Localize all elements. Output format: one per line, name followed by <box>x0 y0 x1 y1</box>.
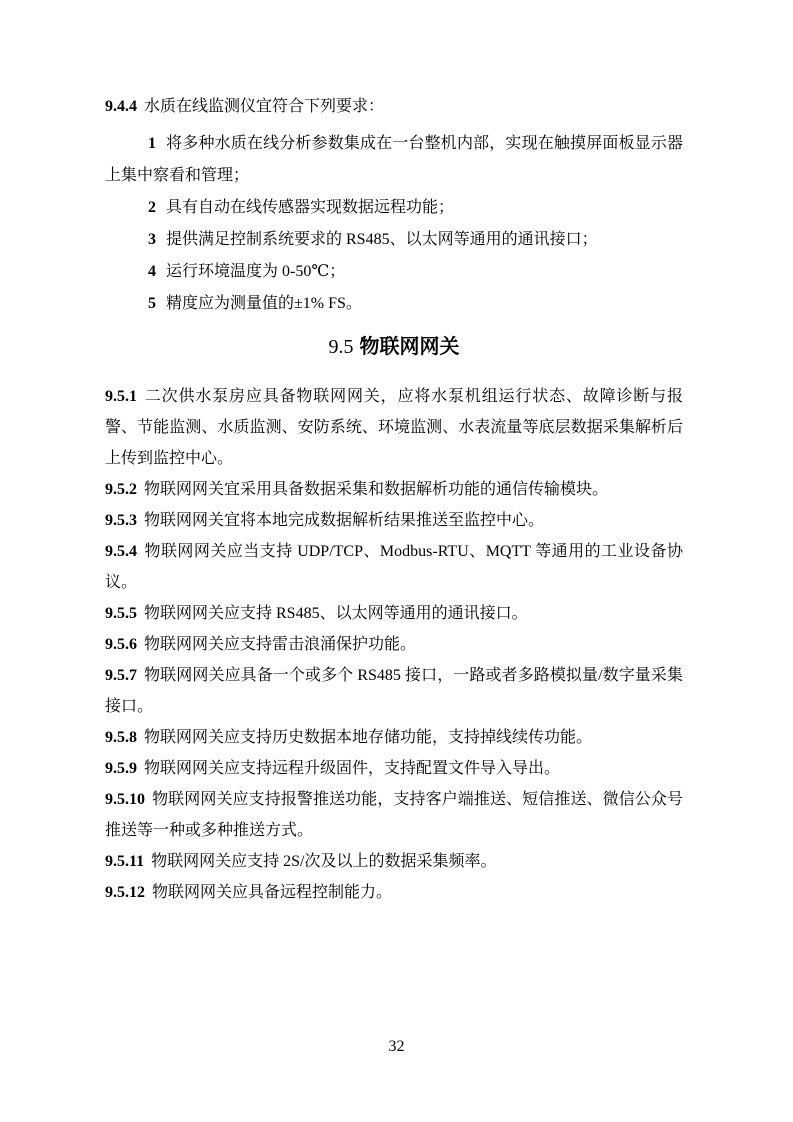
clause-9-5-10: 9.5.10物联网网关应支持报警推送功能，支持客户端推送、短信推送、微信公众号推… <box>105 784 683 846</box>
clause-9-5-4: 9.5.4物联网网关应当支持 UDP/TCP、Modbus-RTU、MQTT 等… <box>105 536 683 598</box>
clause-text: 物联网网关应支持 RS485、以太网等通用的通讯接口。 <box>144 605 528 622</box>
list-item-3: 3提供满足控制系统要求的 RS485、以太网等通用的通讯接口； <box>105 224 683 256</box>
section-9-5-body: 9.5.1二次供水泵房应具备物联网网关，应将水泵机组运行状态、故障诊断与报警、节… <box>105 381 683 908</box>
item-text: 精度应为测量值的±1% FS。 <box>166 295 362 312</box>
clause-text: 二次供水泵房应具备物联网网关，应将水泵机组运行状态、故障诊断与报警、节能监测、水… <box>105 388 683 467</box>
clause-number: 9.5.2 <box>105 481 137 498</box>
item-number: 2 <box>148 199 156 216</box>
clause-9-5-5: 9.5.5物联网网关应支持 RS485、以太网等通用的通讯接口。 <box>105 598 683 629</box>
clause-number: 9.5.9 <box>105 760 137 777</box>
item-text: 提供满足控制系统要求的 RS485、以太网等通用的通讯接口； <box>166 231 598 248</box>
clause-9-5-12: 9.5.12物联网网关应具备远程控制能力。 <box>105 877 683 908</box>
item-number: 3 <box>148 231 156 248</box>
clause-9-5-2: 9.5.2物联网网关宜采用具备数据采集和数据解析功能的通信传输模块。 <box>105 474 683 505</box>
clause-text: 物联网网关应支持 2S/次及以上的数据采集频率。 <box>151 853 496 870</box>
clause-number: 9.5.6 <box>105 636 137 653</box>
list-item-1: 1将多种水质在线分析参数集成在一台整机内部，实现在触摸屏面板显示器上集中察看和管… <box>105 128 683 192</box>
clause-text: 物联网网关宜采用具备数据采集和数据解析功能的通信传输模块。 <box>144 481 608 498</box>
list-item-5: 5精度应为测量值的±1% FS。 <box>105 288 683 320</box>
clause-9-5-3: 9.5.3物联网网关宜将本地完成数据解析结果推送至监控中心。 <box>105 505 683 536</box>
clause-text: 水质在线监测仪宜符合下列要求： <box>144 98 384 115</box>
clause-9-5-8: 9.5.8物联网网关应支持历史数据本地存储功能，支持掉线续传功能。 <box>105 722 683 753</box>
clause-text: 物联网网关应支持历史数据本地存储功能，支持掉线续传功能。 <box>144 729 592 746</box>
section-heading-title: 物联网网关 <box>360 336 460 358</box>
list-item-4: 4运行环境温度为 0-50℃； <box>105 256 683 288</box>
clause-number: 9.5.3 <box>105 512 137 529</box>
clause-9-5-1: 9.5.1二次供水泵房应具备物联网网关，应将水泵机组运行状态、故障诊断与报警、节… <box>105 381 683 474</box>
item-text: 将多种水质在线分析参数集成在一台整机内部，实现在触摸屏面板显示器上集中察看和管理… <box>105 135 683 184</box>
clause-text: 物联网网关应支持雷击浪涌保护功能。 <box>144 636 416 653</box>
clause-9-5-7: 9.5.7物联网网关应具备一个或多个 RS485 接口，一路或者多路模拟量/数字… <box>105 660 683 722</box>
clause-number: 9.5.4 <box>105 543 137 560</box>
item-number: 5 <box>148 295 156 312</box>
clause-number: 9.5.11 <box>105 853 144 870</box>
item-text: 具有自动在线传感器实现数据远程功能； <box>166 199 454 216</box>
clause-number: 9.5.5 <box>105 605 137 622</box>
clause-number: 9.5.1 <box>105 388 137 405</box>
item-number: 1 <box>148 135 156 152</box>
clause-text: 物联网网关应当支持 UDP/TCP、Modbus-RTU、MQTT 等通用的工业… <box>105 543 683 591</box>
clause-9-5-11: 9.5.11物联网网关应支持 2S/次及以上的数据采集频率。 <box>105 846 683 877</box>
section-heading-number: 9.5 <box>329 336 354 358</box>
item-number: 4 <box>148 263 156 280</box>
page-content: 9.4.4水质在线监测仪宜符合下列要求： 1将多种水质在线分析参数集成在一台整机… <box>105 91 683 908</box>
clause-text: 物联网网关应支持远程升级固件，支持配置文件导入导出。 <box>144 760 560 777</box>
clause-9-5-6: 9.5.6物联网网关应支持雷击浪涌保护功能。 <box>105 629 683 660</box>
page-number: 32 <box>0 1037 793 1057</box>
clause-text: 物联网网关应支持报警推送功能，支持客户端推送、短信推送、微信公众号推送等一种或多… <box>105 791 683 839</box>
section-heading: 9.5物联网网关 <box>105 330 683 364</box>
clause-number: 9.5.10 <box>105 791 145 808</box>
clause-9-4-4: 9.4.4水质在线监测仪宜符合下列要求： <box>105 91 683 123</box>
clause-number: 9.5.7 <box>105 667 137 684</box>
clause-text: 物联网网关应具备一个或多个 RS485 接口，一路或者多路模拟量/数字量采集接口… <box>105 667 683 715</box>
clause-number: 9.4.4 <box>105 98 137 115</box>
list-item-2: 2具有自动在线传感器实现数据远程功能； <box>105 192 683 224</box>
clause-9-5-9: 9.5.9物联网网关应支持远程升级固件，支持配置文件导入导出。 <box>105 753 683 784</box>
item-text: 运行环境温度为 0-50℃； <box>166 263 345 280</box>
clause-number: 9.5.8 <box>105 729 137 746</box>
clause-text: 物联网网关宜将本地完成数据解析结果推送至监控中心。 <box>144 512 544 529</box>
clause-text: 物联网网关应具备远程控制能力。 <box>152 884 392 901</box>
document-page: 9.4.4水质在线监测仪宜符合下列要求： 1将多种水质在线分析参数集成在一台整机… <box>0 0 793 1122</box>
clause-number: 9.5.12 <box>105 884 145 901</box>
